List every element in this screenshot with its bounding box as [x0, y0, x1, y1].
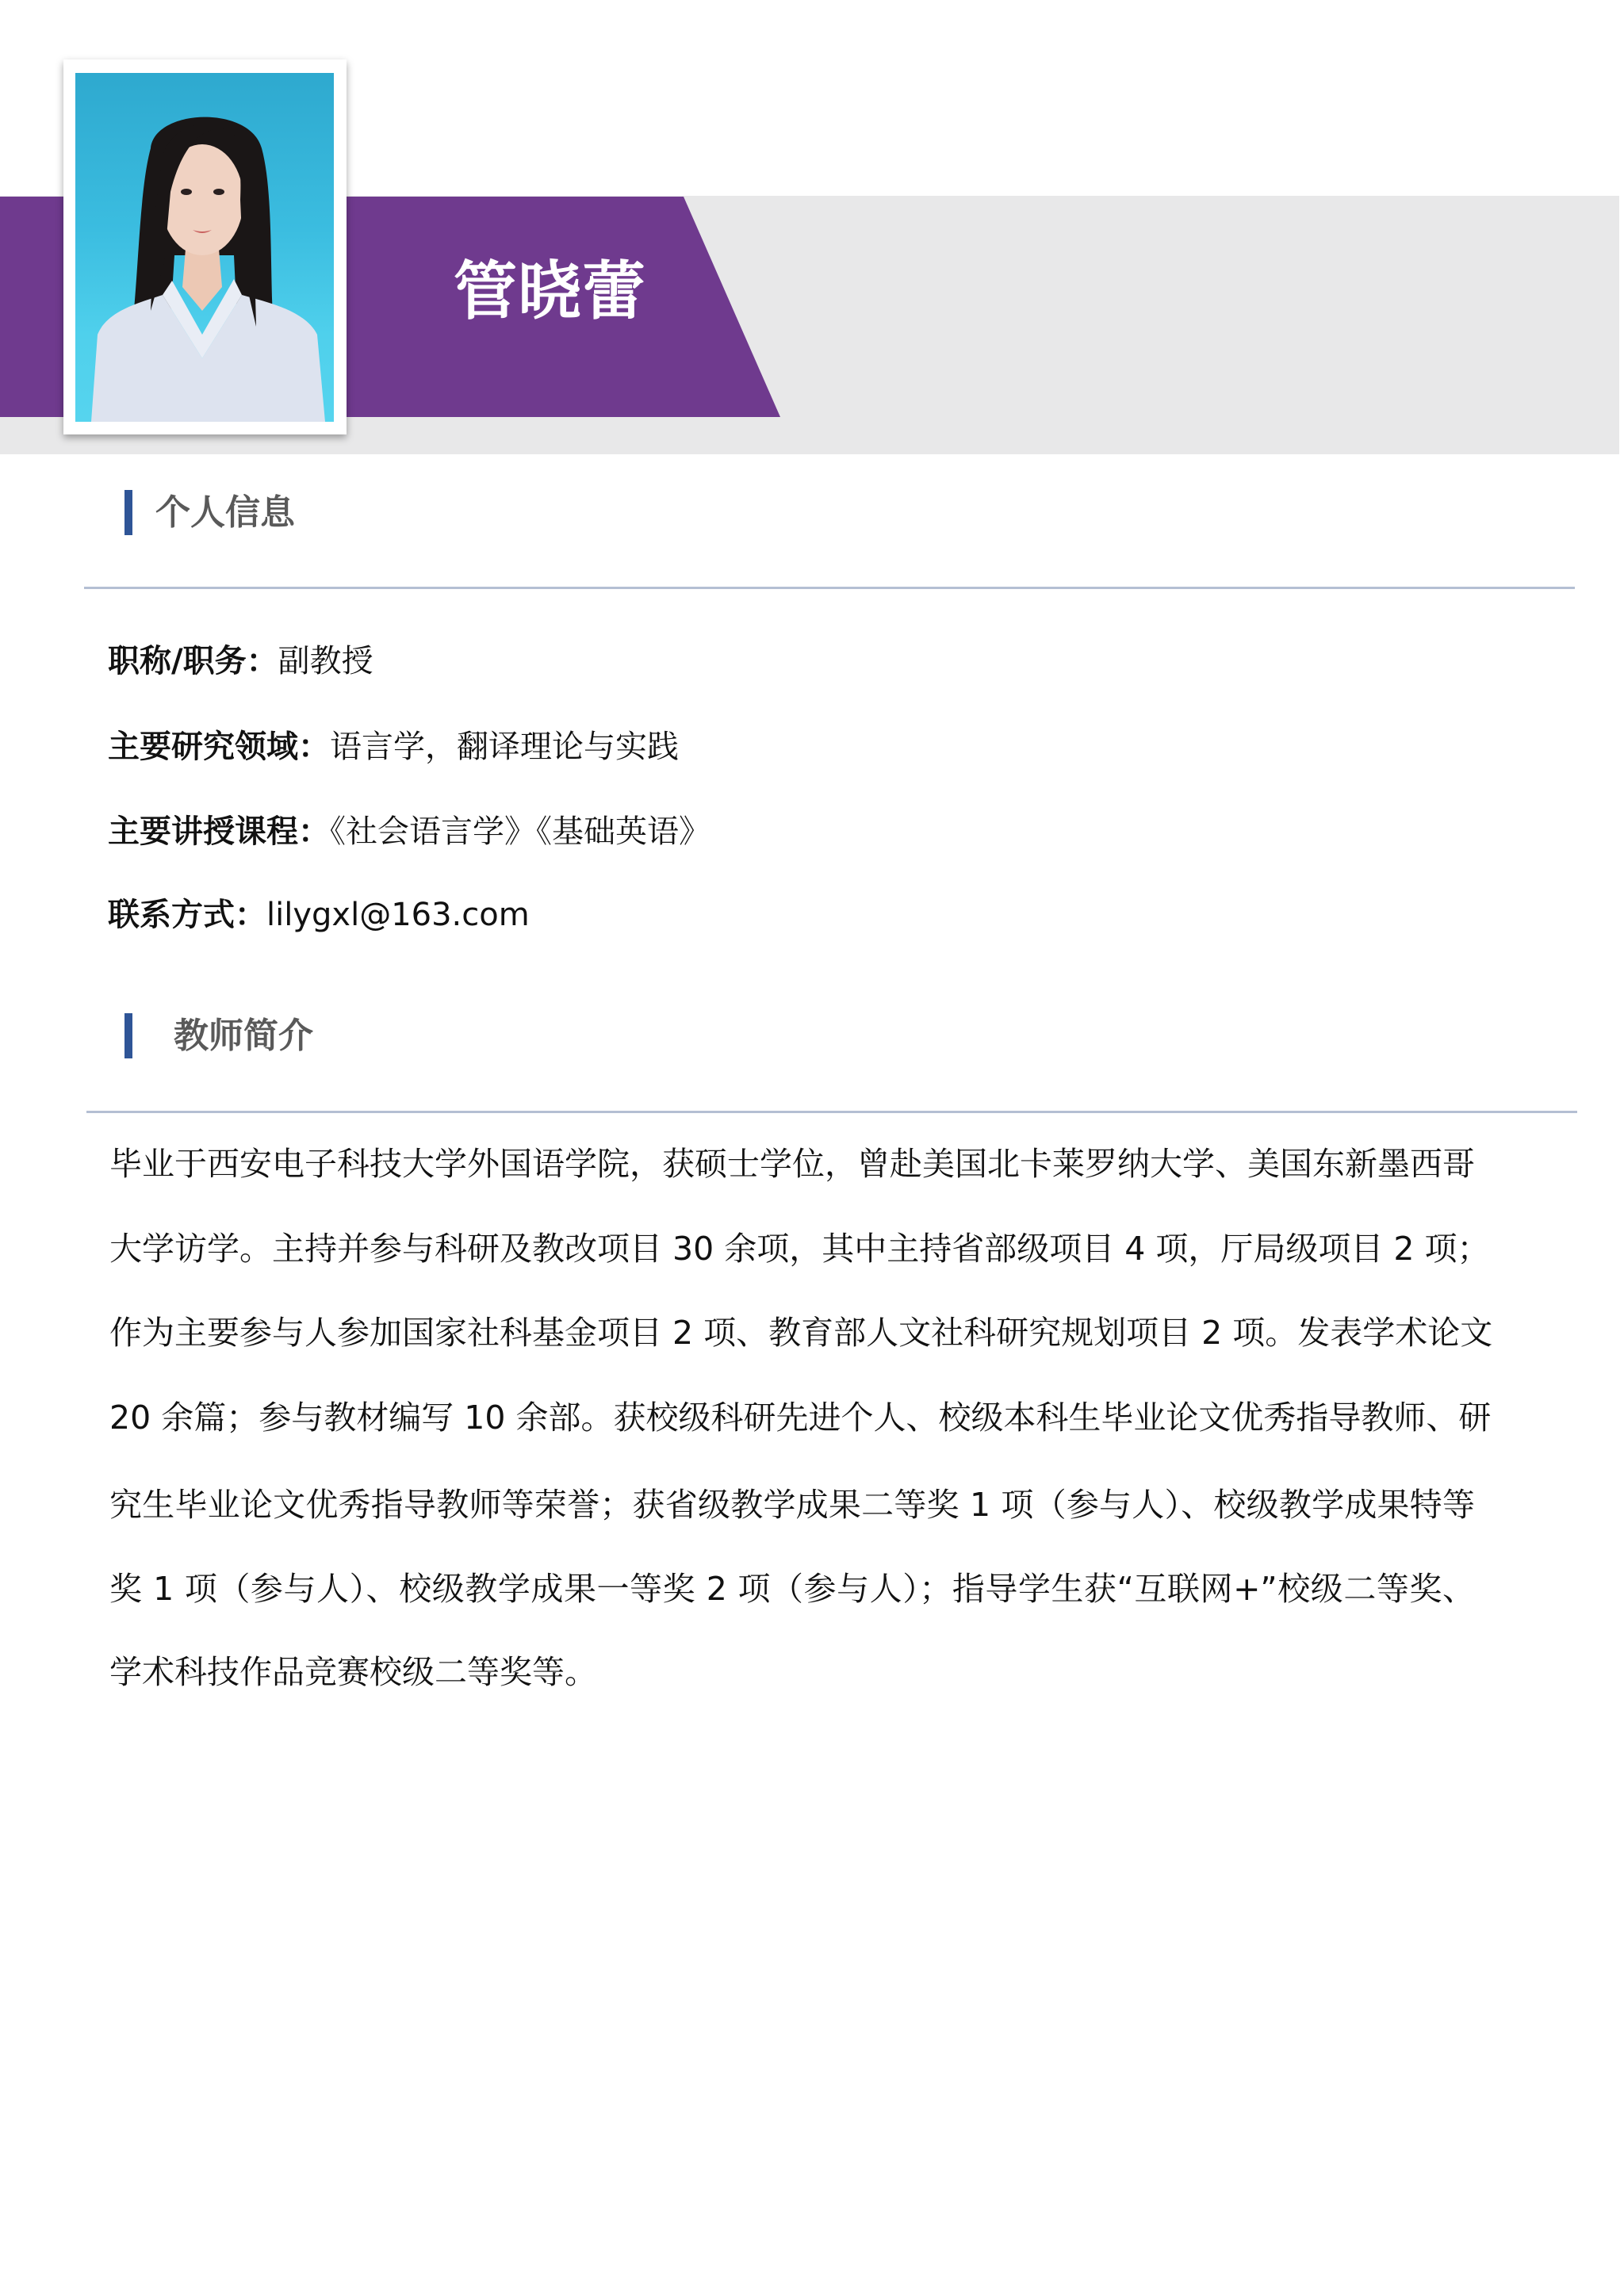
section-divider [86, 1111, 1577, 1113]
section-title: 教师简介 [174, 1013, 313, 1058]
info-row-courses: 主要讲授课程：《社会语言学》《基础英语》 [108, 812, 710, 851]
bio-line: 作为主要参与人参加国家社科基金项目 2 项、教育部人文社科研究规划项目 2 项。… [109, 1313, 1475, 1353]
bio-line: 毕业于西安电子科技大学外国语学院，获硕士学位，曾赴美国北卡莱罗纳大学、美国东新墨… [109, 1144, 1475, 1184]
info-row-research: 主要研究领域：语言学，翻译理论与实践 [108, 727, 679, 767]
contact-email[interactable]: lilygxl@163.com [266, 897, 530, 933]
bio-line: 大学访学。主持并参与科研及教改项目 30 余项，其中主持省部级项目 4 项，厅局… [109, 1229, 1475, 1269]
teacher-name: 管晓蕾 [454, 252, 646, 331]
section-accent-bar [124, 490, 132, 535]
info-value: 副教授 [278, 643, 373, 679]
info-label: 主要讲授课程： [108, 813, 330, 850]
portrait-icon [75, 73, 334, 422]
section-title: 个人信息 [155, 490, 295, 535]
section-biography-heading: 教师简介 [124, 1013, 313, 1058]
info-label: 主要研究领域： [108, 729, 330, 765]
profile-photo [75, 73, 334, 422]
info-label: 职称/职务： [108, 643, 278, 679]
section-personal-info-heading: 个人信息 [124, 490, 295, 535]
info-row-title: 职称/职务：副教授 [108, 641, 373, 681]
info-value: 《社会语言学》《基础英语》 [330, 813, 710, 850]
info-label: 联系方式： [108, 897, 266, 933]
bio-line: 奖 1 项（参与人）、校级教学成果一等奖 2 项（参与人）；指导学生获“互联网+… [109, 1569, 1475, 1609]
bio-line: 学术科技作品竞赛校级二等奖等。 [109, 1652, 1475, 1692]
info-row-contact: 联系方式：lilygxl@163.com [108, 895, 530, 935]
bio-line: 究生毕业论文优秀指导教师等荣誉；获省级教学成果二等奖 1 项（参与人）、校级教学… [109, 1485, 1475, 1525]
info-value: 语言学，翻译理论与实践 [330, 729, 679, 765]
section-divider [84, 587, 1575, 589]
section-accent-bar [124, 1013, 132, 1058]
photo-frame [63, 59, 347, 434]
bio-line: 20 余篇；参与教材编写 10 余部。获校级科研先进个人、校级本科生毕业论文优秀… [109, 1398, 1475, 1437]
